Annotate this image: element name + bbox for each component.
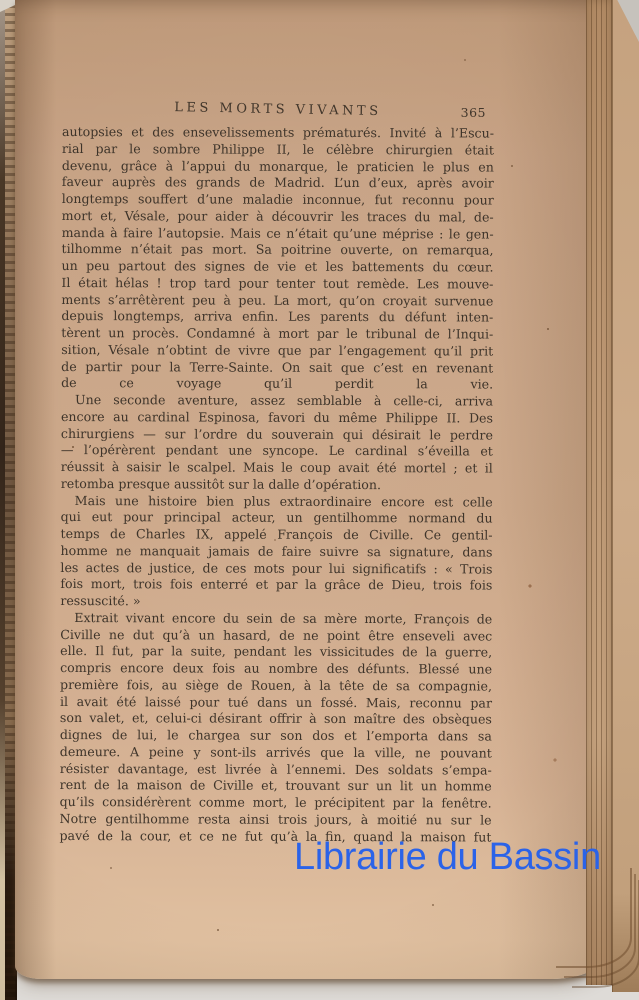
- text-line: encore au cardinal Espinosa, favori du m…: [61, 409, 493, 427]
- bookseller-watermark: Librairie du Bassin: [294, 836, 601, 879]
- text-line: réussit à saisir le scalpel. Mais le cou…: [61, 459, 493, 477]
- text-line: retomba presque aussitôt sur la dalle d’…: [61, 476, 493, 494]
- text-line: son valet, et, celui-ci désirant offrir …: [60, 710, 492, 728]
- text-line: rent de la maison de Civille et, trouvan…: [60, 777, 492, 795]
- text-line: temps de Charles IX, appelé François de …: [61, 526, 493, 544]
- text-line: elle. Il fut, par la suite, pendant les …: [60, 643, 492, 661]
- text-line: Notre gentilhomme resta ainsi trois jour…: [60, 811, 492, 829]
- text-line: ments s’arrêtèrent peu à peu. La mort, q…: [61, 291, 493, 309]
- text-line: tilhomme n’était pas mort. Sa poitrine o…: [62, 241, 494, 259]
- text-line: manda à faire l’autopsie. Mais ce n’étai…: [62, 224, 494, 242]
- text-line: homme ne manquait jamais de faire suivre…: [60, 543, 492, 561]
- text-line: compris encore deux fois au nombre des d…: [60, 660, 492, 678]
- page-number: 365: [461, 105, 486, 120]
- text-line: autopsies et des ensevelissements prémat…: [62, 124, 494, 142]
- text-line: les actes de justice, de ces mots pour l…: [60, 559, 492, 577]
- text-line: fois mort, trois fois enterré et par la …: [60, 576, 492, 594]
- text-line: mort et, Vésale, pour aider à découvrir …: [62, 208, 494, 226]
- body-text: autopsies et des ensevelissements prémat…: [59, 124, 494, 846]
- text-line: résister davantage, est livrée à l’ennem…: [60, 760, 492, 778]
- text-line: qui eut pour principal acteur, un gentil…: [61, 509, 493, 527]
- right-underlying-page: [612, 0, 639, 992]
- text-line: de ce voyage qu’il perdit la vie.: [61, 375, 493, 393]
- text-line: chirurgiens — sur l’ordre du souverain q…: [61, 425, 493, 443]
- text-line: Extrait vivant encore du sein de sa mère…: [60, 610, 492, 628]
- text-line: longtemps souffert d’une maladie inconnu…: [62, 191, 494, 209]
- text-line: depuis longtemps, arriva enfin. Les pare…: [61, 308, 493, 326]
- stacked-page-corner-curve: [572, 880, 639, 988]
- text-line: demeure. A peine y sont-ils arrivés que …: [60, 744, 492, 762]
- text-line: Il était hélas ! trop tard pour tenter t…: [61, 275, 493, 293]
- book-page: LES MORTS VIVANTS 365 autopsies et des e…: [15, 0, 604, 979]
- text-line: Mais une histoire bien plus extraordinai…: [61, 492, 493, 510]
- text-line: — l’opérèrent pendant une syncope. Le ca…: [61, 442, 493, 460]
- text-line: tèrent un procès. Condamné à mort par le…: [61, 325, 493, 343]
- text-line: un peu partout des signes de vie et les …: [61, 258, 493, 276]
- text-line: il avait été laissé pour tué dans un fos…: [60, 693, 492, 711]
- book-photo: LES MORTS VIVANTS 365 autopsies et des e…: [0, 0, 639, 1000]
- text-line: Une seconde aventure, assez semblable à …: [61, 392, 493, 410]
- text-line: sition, Vésale n’obtint de vivre que par…: [61, 342, 493, 360]
- text-line: de partir pour la Terre-Sainte. On sait …: [61, 358, 493, 376]
- text-line: rial par le sombre Philippe II, le célèb…: [62, 141, 494, 159]
- text-line: faveur auprès des grands de Madrid. L’un…: [62, 174, 494, 192]
- text-line: première fois, au siège de Rouen, à la t…: [60, 677, 492, 695]
- text-line: qu’ils considérèrent comme mort, le préc…: [60, 794, 492, 812]
- running-title: LES MORTS VIVANTS: [62, 98, 494, 121]
- text-line: ressuscité. »: [60, 593, 492, 611]
- text-line: Civille ne dut qu’à un hasard, de ne poi…: [60, 626, 492, 644]
- text-line: dignes de lui, le chargea sur son dos et…: [60, 727, 492, 745]
- text-line: devenu, grâce à l’appui du monarque, le …: [62, 157, 494, 175]
